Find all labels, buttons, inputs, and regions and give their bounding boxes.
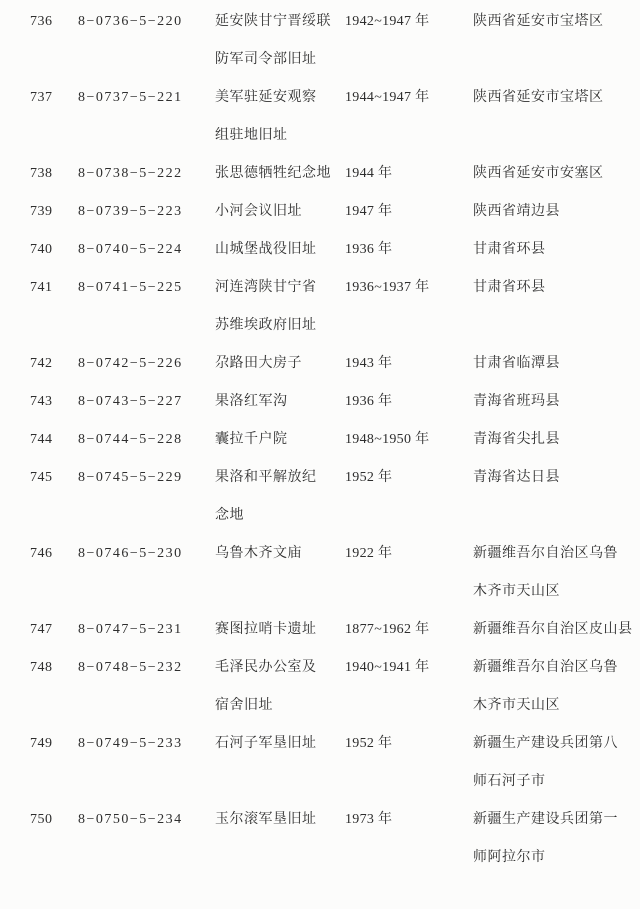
site-name-cell: 果洛和平解放纪 念地 [215,459,345,535]
era-years-cell: 1944 年 [345,155,473,193]
site-name-cell: 乌鲁木齐文庙 [215,535,345,573]
serial-number-cell: 749 [30,725,78,763]
location-cell: 陕西省延安市宝塔区 [473,79,634,117]
serial-number-cell: 741 [30,269,78,307]
era-years-cell: 1877~1962 年 [345,611,473,649]
serial-number-cell: 750 [30,801,78,839]
location-cell: 甘肃省环县 [473,231,634,269]
document-page: 736 8−0736−5−220 延安陕甘宁晋绥联 防军司令部旧址 1942~1… [0,0,640,909]
location-cell: 青海省班玛县 [473,383,634,421]
site-name-cell: 石河子军垦旧址 [215,725,345,763]
table-row: 739 8−0739−5−223 小河会议旧址 1947 年 陕西省靖边县 [30,193,634,231]
era-years-cell: 1936~1937 年 [345,269,473,307]
table-row: 743 8−0743−5−227 果洛红军沟 1936 年 青海省班玛县 [30,383,634,421]
serial-number-cell: 745 [30,459,78,497]
era-years-cell: 1944~1947 年 [345,79,473,117]
era-years-cell: 1948~1950 年 [345,421,473,459]
location-cell: 陕西省靖边县 [473,193,634,231]
era-years-cell: 1936 年 [345,231,473,269]
site-name-cell: 张思德牺牲纪念地 [215,155,345,193]
designation-code-cell: 8−0736−5−220 [78,3,215,41]
location-cell: 甘肃省临潭县 [473,345,634,383]
era-years-cell: 1947 年 [345,193,473,231]
table-row: 746 8−0746−5−230 乌鲁木齐文庙 1922 年 新疆维吾尔自治区乌… [30,535,634,611]
table-body: 736 8−0736−5−220 延安陕甘宁晋绥联 防军司令部旧址 1942~1… [30,3,634,877]
location-cell: 陕西省延安市宝塔区 [473,3,634,41]
location-cell: 新疆维吾尔自治区皮山县 [473,611,634,649]
era-years-cell: 1936 年 [345,383,473,421]
site-name-cell: 毛泽民办公室及 宿舍旧址 [215,649,345,725]
table-row: 744 8−0744−5−228 囊拉千户院 1948~1950 年 青海省尖扎… [30,421,634,459]
table-row: 740 8−0740−5−224 山城堡战役旧址 1936 年 甘肃省环县 [30,231,634,269]
table-row: 742 8−0742−5−226 尕路田大房子 1943 年 甘肃省临潭县 [30,345,634,383]
site-name-cell: 美军驻延安观察 组驻地旧址 [215,79,345,155]
designation-code-cell: 8−0739−5−223 [78,193,215,231]
site-name-cell: 山城堡战役旧址 [215,231,345,269]
serial-number-cell: 737 [30,79,78,117]
era-years-cell: 1952 年 [345,725,473,763]
serial-number-cell: 740 [30,231,78,269]
site-name-cell: 延安陕甘宁晋绥联 防军司令部旧址 [215,3,345,79]
designation-code-cell: 8−0745−5−229 [78,459,215,497]
designation-code-cell: 8−0737−5−221 [78,79,215,117]
location-cell: 甘肃省环县 [473,269,634,307]
table-row: 747 8−0747−5−231 赛图拉哨卡遗址 1877~1962 年 新疆维… [30,611,634,649]
serial-number-cell: 738 [30,155,78,193]
era-years-cell: 1973 年 [345,801,473,839]
site-name-cell: 果洛红军沟 [215,383,345,421]
serial-number-cell: 736 [30,3,78,41]
location-cell: 新疆维吾尔自治区乌鲁 木齐市天山区 [473,649,634,725]
location-cell: 青海省尖扎县 [473,421,634,459]
designation-code-cell: 8−0740−5−224 [78,231,215,269]
designation-code-cell: 8−0749−5−233 [78,725,215,763]
era-years-cell: 1922 年 [345,535,473,573]
era-years-cell: 1942~1947 年 [345,3,473,41]
table-row: 748 8−0748−5−232 毛泽民办公室及 宿舍旧址 1940~1941 … [30,649,634,725]
site-name-cell: 玉尔滚军垦旧址 [215,801,345,839]
designation-code-cell: 8−0748−5−232 [78,649,215,687]
location-cell: 陕西省延安市安塞区 [473,155,634,193]
serial-number-cell: 739 [30,193,78,231]
designation-code-cell: 8−0750−5−234 [78,801,215,839]
table-row: 741 8−0741−5−225 河连湾陕甘宁省 苏维埃政府旧址 1936~19… [30,269,634,345]
location-cell: 青海省达日县 [473,459,634,497]
site-name-cell: 囊拉千户院 [215,421,345,459]
designation-code-cell: 8−0741−5−225 [78,269,215,307]
table-row: 737 8−0737−5−221 美军驻延安观察 组驻地旧址 1944~1947… [30,79,634,155]
serial-number-cell: 744 [30,421,78,459]
location-cell: 新疆生产建设兵团第八 师石河子市 [473,725,634,801]
designation-code-cell: 8−0746−5−230 [78,535,215,573]
location-cell: 新疆维吾尔自治区乌鲁 木齐市天山区 [473,535,634,611]
era-years-cell: 1943 年 [345,345,473,383]
designation-code-cell: 8−0743−5−227 [78,383,215,421]
site-name-cell: 赛图拉哨卡遗址 [215,611,345,649]
era-years-cell: 1940~1941 年 [345,649,473,687]
designation-code-cell: 8−0744−5−228 [78,421,215,459]
site-name-cell: 小河会议旧址 [215,193,345,231]
designation-code-cell: 8−0742−5−226 [78,345,215,383]
serial-number-cell: 747 [30,611,78,649]
serial-number-cell: 746 [30,535,78,573]
serial-number-cell: 748 [30,649,78,687]
table-row: 736 8−0736−5−220 延安陕甘宁晋绥联 防军司令部旧址 1942~1… [30,3,634,79]
serial-number-cell: 743 [30,383,78,421]
serial-number-cell: 742 [30,345,78,383]
location-cell: 新疆生产建设兵团第一 师阿拉尔市 [473,801,634,877]
site-name-cell: 河连湾陕甘宁省 苏维埃政府旧址 [215,269,345,345]
table-row: 738 8−0738−5−222 张思德牺牲纪念地 1944 年 陕西省延安市安… [30,155,634,193]
designation-code-cell: 8−0747−5−231 [78,611,215,649]
site-name-cell: 尕路田大房子 [215,345,345,383]
table-row: 745 8−0745−5−229 果洛和平解放纪 念地 1952 年 青海省达日… [30,459,634,535]
table-row: 750 8−0750−5−234 玉尔滚军垦旧址 1973 年 新疆生产建设兵团… [30,801,634,877]
era-years-cell: 1952 年 [345,459,473,497]
heritage-sites-table: 736 8−0736−5−220 延安陕甘宁晋绥联 防军司令部旧址 1942~1… [30,3,634,877]
table-row: 749 8−0749−5−233 石河子军垦旧址 1952 年 新疆生产建设兵团… [30,725,634,801]
designation-code-cell: 8−0738−5−222 [78,155,215,193]
